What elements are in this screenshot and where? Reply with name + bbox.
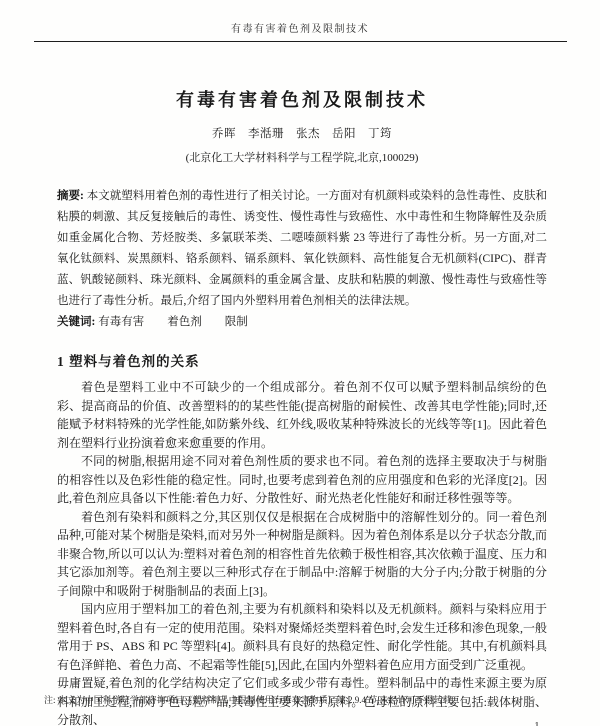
authors-line: 乔晖 李湉珊 张杰 岳阳 丁筠 [57,125,547,141]
document-page: 有毒有害着色剂及限制技术 有毒有害着色剂及限制技术 乔晖 李湉珊 张杰 岳阳 丁… [0,0,600,726]
keywords-label: 关键词: [57,316,95,328]
body-paragraph-1: 着色是塑料工业中不可缺少的一个组成部分。着色剂不仅可以赋予塑料制品缤纷的色彩、提… [57,378,547,452]
affiliation-line: (北京化工大学材料科学与工程学院,北京,100029) [57,149,547,165]
page-number: - 1 - [524,720,552,726]
body-paragraph-3: 着色剂有染料和颜料之分,其区别仅仅是根据在合成树脂中的溶解性划分的。同一着色剂品… [57,508,547,601]
abstract-paragraph: 摘要: 本文就塑料用着色剂的毒性进行了相关讨论。一方面对有机颜料或染料的急性毒性… [57,186,547,312]
running-header: 有毒有害着色剂及限制技术 [0,20,600,35]
body-paragraph-2: 不同的树脂,根据用途不同对着色剂性质的要求也不同。着色剂的选择主要取决于与树脂的… [57,452,547,508]
header-rule [34,41,567,42]
body-paragraph-4: 国内应用于塑料加工的着色剂,主要为有机颜料和染料以及无机颜料。颜料与染料应用于塑… [57,600,547,674]
section-1-heading: 1 塑料与着色剂的关系 [57,350,547,370]
footnote: 注: 本文为中国科学院学部咨询项目《塑料制品中限制使用有毒有害物质》第 2.9.… [44,694,552,706]
keywords-line: 关键词: 有毒有害 着色剂 限制 [57,312,547,333]
article-content: 有毒有害着色剂及限制技术 乔晖 李湉珊 张杰 岳阳 丁筠 (北京化工大学材料科学… [57,86,547,726]
keywords-text: 有毒有害 着色剂 限制 [98,316,248,328]
abstract-text: 本文就塑料用着色剂的毒性进行了相关讨论。一方面对有机颜料或染料的急性毒性、皮肤和… [57,190,547,307]
page-title: 有毒有害着色剂及限制技术 [57,86,547,112]
abstract-label: 摘要: [57,190,84,202]
